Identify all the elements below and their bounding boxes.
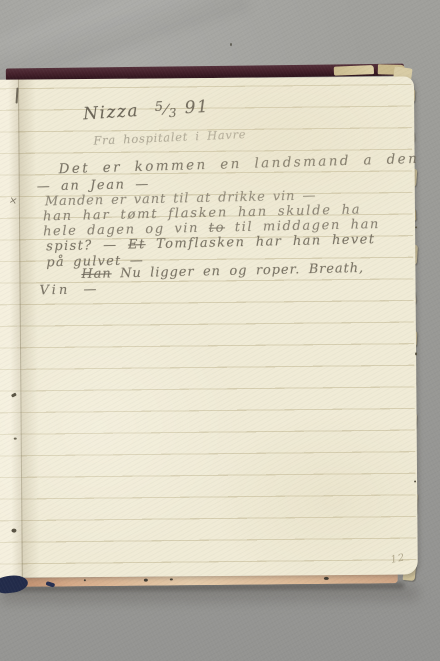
struck-word: Et [128, 237, 146, 252]
background-speck [230, 43, 232, 46]
edge-notch-speck [415, 226, 417, 228]
text-segment: spist? — [46, 238, 128, 255]
gutter-shadow [8, 79, 40, 577]
struck-word: Han [81, 266, 111, 282]
notebook: Nizza5⁄391 Fra hospitalet i Havre Det er… [0, 68, 440, 620]
place-name: Nizza [83, 101, 140, 124]
edge-notch-speck [415, 352, 417, 355]
edge-speck [144, 579, 148, 582]
edge-speck [324, 577, 329, 580]
notebook-page: Nizza5⁄391 Fra hospitalet i Havre Det er… [0, 76, 418, 577]
torn-paper-bit [334, 65, 374, 76]
edge-speck [84, 579, 86, 581]
edge-notch-speck [414, 480, 416, 482]
date-month: 3 [168, 106, 178, 121]
stitch-hole [14, 438, 17, 440]
date-fraction: 5⁄3 [154, 99, 178, 120]
notebook-photo: Nizza5⁄391 Fra hospitalet i Havre Det er… [0, 0, 440, 661]
edge-speck [170, 578, 173, 580]
cast-shadow-soft [0, 584, 418, 603]
stitch-hole [11, 529, 16, 533]
handwritten-line-9: Vin — [39, 282, 99, 298]
struck-word: to [209, 220, 226, 235]
date-year: 91 [184, 97, 210, 118]
text-segment: Vin — [39, 282, 99, 298]
